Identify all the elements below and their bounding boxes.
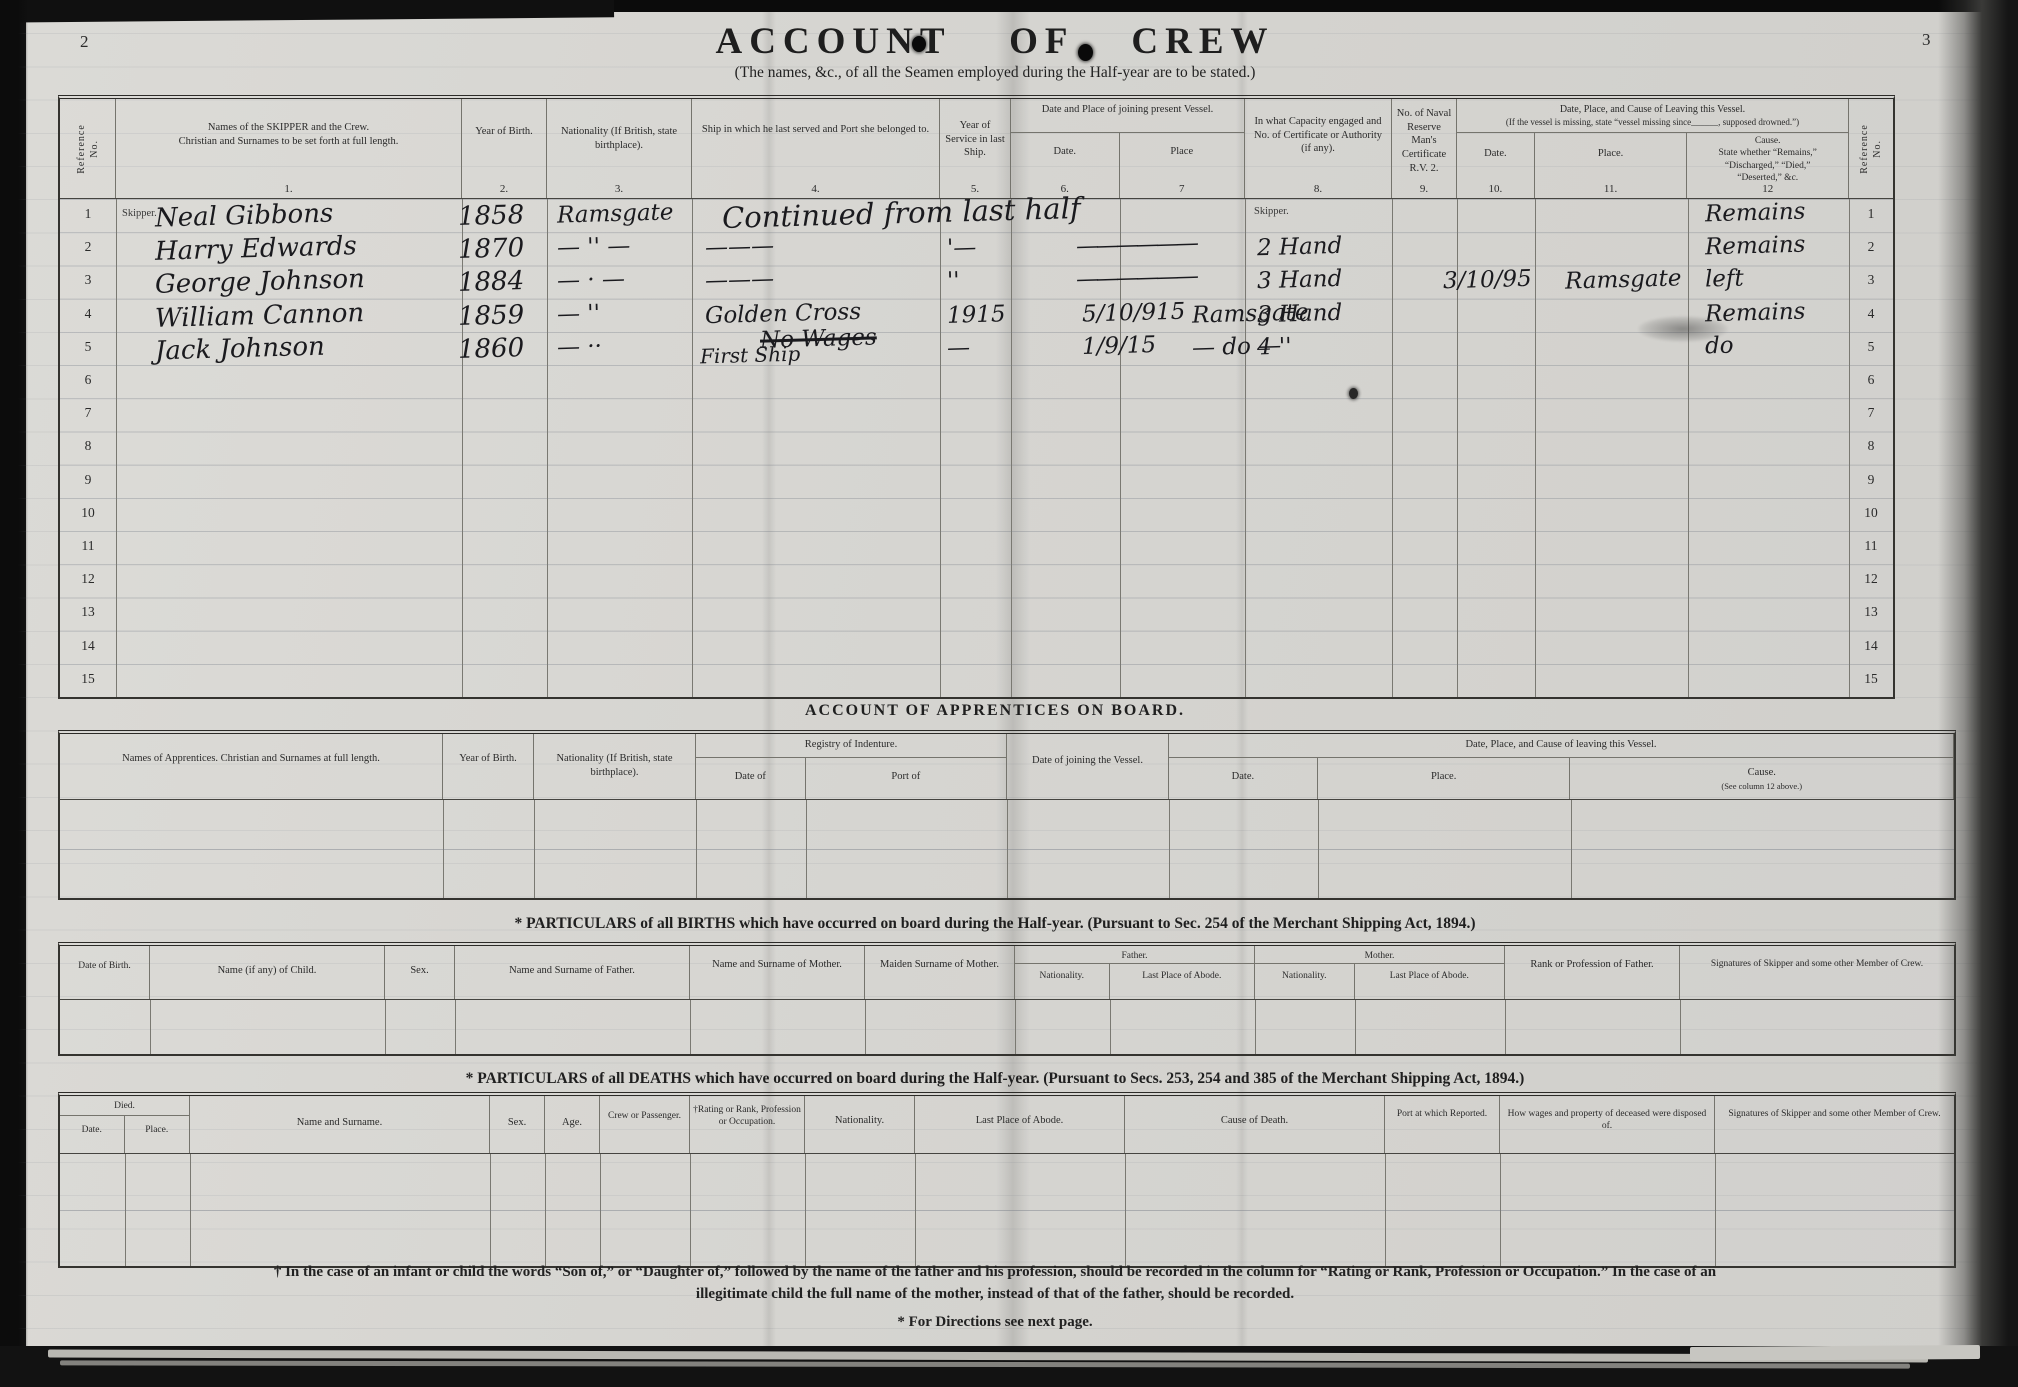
crew-table-header: Reference No. Names of the SKIPPER and t…: [60, 99, 1893, 199]
header-rating: †Rating or Rank, Profession or Occupatio…: [690, 1096, 805, 1153]
header-maiden-name: Maiden Surname of Mother.: [865, 946, 1015, 999]
deaths-table: Died. Date. Place. Name and Surname. Sex…: [58, 1092, 1956, 1268]
ditto-mark: '—: [947, 235, 977, 262]
footnote-line2: illegitimate child the full name of the …: [60, 1286, 1930, 1303]
header-reference-no-right: Reference No.: [1849, 99, 1893, 198]
handwritten-name: Jack Johnson: [155, 331, 326, 366]
handwritten-cause: Remains: [1705, 199, 1806, 228]
header-death-sex: Sex.: [490, 1096, 545, 1153]
handwritten-leave-place: Ramsgate: [1565, 266, 1682, 295]
header-joining-date: Date. 6.: [1011, 133, 1120, 198]
header-death-name: Name and Surname.: [190, 1096, 490, 1153]
header-mother-abode: Last Place of Abode.: [1355, 964, 1504, 999]
header-capacity: In what Capacity engaged and No. of Cert…: [1245, 99, 1392, 198]
header-mother-name: Name and Surname of Mother.: [690, 946, 865, 999]
header-year-of-birth: Year of Birth. 2.: [462, 99, 547, 198]
ditto-mark: '': [947, 268, 960, 294]
ditto-dash: ——————: [1076, 264, 1197, 293]
header-leaving-date: Date. 10.: [1457, 133, 1535, 198]
header-birth-sex: Sex.: [385, 946, 455, 999]
header-father-nationality: Nationality.: [1015, 964, 1110, 999]
header-nationality: Nationality (If British, state birthplac…: [547, 99, 692, 198]
handwritten-nationality: Ramsgate: [557, 199, 674, 228]
scanned-crew-agreement-page: 2 3 ACCOUNT OF CREW (The names, &c., of …: [0, 0, 2018, 1387]
header-birth-date: Date of Birth.: [60, 946, 150, 999]
header-apprentice-leave-date: Date.: [1169, 758, 1318, 799]
header-apprentice-joining: Date of joining the Vessel.: [1007, 734, 1169, 799]
handwritten-name: George Johnson: [155, 264, 366, 300]
footnote-line1: † In the case of an infant or child the …: [60, 1264, 1930, 1281]
header-leaving-cause: Cause. State whether “Remains,” “Dischar…: [1687, 133, 1848, 198]
ditto-mark: —: [947, 334, 971, 361]
header-leaving-place: Place. 11.: [1535, 133, 1688, 198]
handwritten-name: Harry Edwards: [155, 231, 358, 267]
handwritten-cause: Remains: [1705, 232, 1806, 261]
handwritten-join-date: 5/10/915: [1082, 298, 1186, 327]
header-wages-disposed: How wages and property of deceased were …: [1500, 1096, 1715, 1153]
crew-row: 10 10: [60, 498, 1893, 531]
handwritten-birth-year: 1859: [458, 300, 525, 332]
header-mother-group: Mother. Nationality. Last Place of Abode…: [1255, 946, 1505, 999]
header-names: Names of the SKIPPER and the Crew. Chris…: [116, 99, 462, 198]
crew-row: 9 9: [60, 465, 1893, 498]
handwritten-capacity: 3 Hand: [1257, 299, 1343, 327]
handwritten-capacity: 2 Hand: [1257, 233, 1343, 261]
page-subtitle: (The names, &c., of all the Seamen emplo…: [0, 64, 1990, 82]
crew-row: 8 8: [60, 431, 1893, 464]
handwritten-name: Neal Gibbons: [155, 199, 334, 234]
header-joining-group: Date and Place of joining present Vessel…: [1011, 99, 1245, 198]
births-title: * PARTICULARS of all BIRTHS which have o…: [0, 915, 1990, 933]
ink-blot: [1078, 44, 1093, 61]
ditto-mark: — '' —: [557, 233, 631, 261]
crew-row: 5 Jack Johnson 1860 — ·· No Wages First …: [60, 332, 1893, 365]
header-died-group: Died. Date. Place.: [60, 1096, 190, 1153]
header-last-ship: Ship in which he last served and Port sh…: [692, 99, 940, 198]
header-died-place: Place.: [125, 1116, 190, 1153]
header-apprentice-leaving-group: Date, Place, and Cause of leaving this V…: [1169, 734, 1954, 799]
scan-edge-right: [1938, 0, 2018, 1387]
births-body: [60, 1000, 1954, 1054]
page-edge-strip: [1690, 1345, 1980, 1361]
header-father-group: Father. Nationality. Last Place of Abode…: [1015, 946, 1255, 999]
header-birth-signatures: Signatures of Skipper and some other Mem…: [1680, 946, 1954, 999]
handwritten-birth-year: 1870: [458, 233, 525, 265]
handwritten-capacity: 4 '': [1257, 333, 1292, 360]
crew-table-body: 1 Skipper. Neal Gibbons 1858 Ramsgate Co…: [60, 199, 1893, 697]
header-registry-date: Date of: [696, 758, 806, 799]
handwritten-cause: left: [1705, 266, 1744, 293]
header-death-abode: Last Place of Abode.: [915, 1096, 1125, 1153]
ditto-dash: ——————: [1076, 231, 1197, 260]
header-father-rank: Rank or Profession of Father.: [1505, 946, 1680, 999]
deaths-header: Died. Date. Place. Name and Surname. Sex…: [60, 1096, 1954, 1154]
header-child-name: Name (if any) of Child.: [150, 946, 385, 999]
header-leaving-group: Date, Place, and Cause of Leaving this V…: [1457, 99, 1849, 198]
crew-row: 13 13: [60, 597, 1893, 630]
handwritten-name: William Cannon: [155, 298, 365, 334]
crew-row: 7 7: [60, 398, 1893, 431]
ditto-mark: ———: [705, 233, 775, 261]
births-header: Date of Birth. Name (if any) of Child. S…: [60, 946, 1954, 1000]
header-apprentice-birth: Year of Birth.: [443, 734, 534, 799]
crew-row: 4 William Cannon 1859 — '' Golden Cross …: [60, 299, 1893, 332]
directions-note: * For Directions see next page.: [60, 1314, 1930, 1331]
ink-blot: [1349, 388, 1358, 399]
handwritten-leave-date: 3/10/95: [1443, 266, 1532, 294]
header-apprentice-nationality: Nationality (If British, state birthplac…: [534, 734, 696, 799]
apprentices-header: Names of Apprentices. Christian and Surn…: [60, 734, 1954, 800]
header-death-age: Age.: [545, 1096, 600, 1153]
deaths-body: [60, 1154, 1954, 1266]
apprentices-table: Names of Apprentices. Christian and Surn…: [58, 730, 1956, 900]
handwritten-birth-year: 1860: [458, 333, 525, 365]
handwritten-birth-year: 1858: [458, 200, 525, 232]
apprentices-body: [60, 800, 1954, 898]
header-reference-no-left: Reference No.: [60, 99, 116, 198]
header-death-nationality: Nationality.: [805, 1096, 915, 1153]
crew-row: 12 12: [60, 564, 1893, 597]
header-apprentice-leave-place: Place.: [1318, 758, 1571, 799]
header-registry-port: Port of: [806, 758, 1006, 799]
printed-skipper-label: Skipper.: [1254, 206, 1289, 217]
header-apprentice-cause: Cause. (See column 12 above.): [1570, 758, 1953, 799]
header-father-name: Name and Surname of Father.: [455, 946, 690, 999]
header-died-date: Date.: [60, 1116, 125, 1153]
crew-row: 15 15: [60, 664, 1893, 697]
crew-row: 11 11: [60, 531, 1893, 564]
header-crew-or-passenger: Crew or Passenger.: [600, 1096, 690, 1153]
crew-row: 1 Skipper. Neal Gibbons 1858 Ramsgate Co…: [60, 199, 1893, 232]
handwritten-ship: Golden Cross: [705, 298, 862, 328]
crew-row: 14 14: [60, 631, 1893, 664]
header-death-signatures: Signatures of Skipper and some other Mem…: [1715, 1096, 1954, 1153]
handwritten-birth-year: 1884: [458, 266, 525, 298]
header-apprentice-names: Names of Apprentices. Christian and Surn…: [60, 734, 443, 799]
ditto-mark: — '': [557, 300, 601, 327]
ink-smudge: [1638, 316, 1728, 342]
births-table: Date of Birth. Name (if any) of Child. S…: [58, 942, 1956, 1056]
ditto-mark: ———: [705, 266, 775, 294]
crew-table: Reference No. Names of the SKIPPER and t…: [58, 95, 1895, 699]
printed-skipper-label: Skipper.: [122, 208, 157, 219]
handwritten-capacity: 3 Hand: [1257, 266, 1343, 294]
ink-blot: [912, 36, 926, 52]
deaths-title: * PARTICULARS of all DEATHS which have o…: [0, 1070, 1990, 1088]
header-service-year: Year of Service in last Ship. 5.: [940, 99, 1011, 198]
crew-row: 6 6: [60, 365, 1893, 398]
ditto-mark: — ··: [557, 333, 603, 360]
apprentices-title: ACCOUNT OF APPRENTICES ON BOARD.: [0, 702, 1990, 720]
header-registry-group: Registry of Indenture. Date of Port of: [696, 734, 1007, 799]
page-title: ACCOUNT OF CREW: [0, 20, 1990, 63]
header-naval-reserve: No. of Naval Reserve Man's Certificate R…: [1392, 99, 1457, 198]
header-joining-place: Place 7: [1120, 133, 1244, 198]
handwritten-service-year: 1915: [947, 301, 1006, 329]
scan-edge-left: [0, 0, 28, 1387]
header-father-abode: Last Place of Abode.: [1110, 964, 1254, 999]
header-port-reported: Port at which Reported.: [1385, 1096, 1500, 1153]
header-mother-nationality: Nationality.: [1255, 964, 1355, 999]
ditto-mark: — · —: [557, 266, 626, 294]
header-cause-of-death: Cause of Death.: [1125, 1096, 1385, 1153]
crew-row: 3 George Johnson 1884 — · — ——— '' —————…: [60, 265, 1893, 298]
handwritten-join-date: 1/9/15: [1082, 332, 1157, 360]
crew-row: 2 Harry Edwards 1870 — '' — ——— '— —————…: [60, 232, 1893, 265]
